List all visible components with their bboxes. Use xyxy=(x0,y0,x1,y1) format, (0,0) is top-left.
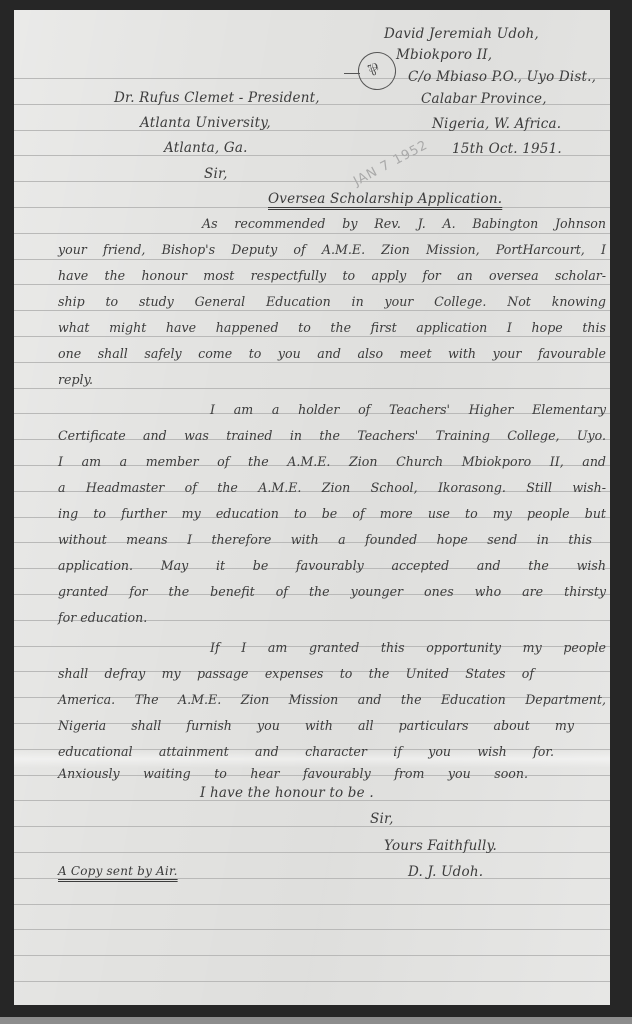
sender-address-line: Nigeria, W. Africa. xyxy=(432,116,561,132)
body-line: Certificate and was trained in the Teach… xyxy=(58,428,606,443)
ruled-line xyxy=(14,336,610,337)
sender-address-line: Mbiokporo II, xyxy=(396,47,492,63)
recipient-line: Atlanta University, xyxy=(140,115,271,131)
ruled-line xyxy=(14,388,610,389)
copy-note: A Copy sent by Air. xyxy=(58,864,178,878)
ruled-line xyxy=(14,181,610,182)
salutation: Sir, xyxy=(204,166,228,182)
body-line: application. May it be favourably accept… xyxy=(58,558,606,573)
marginal-mark-glyph: ⅌ xyxy=(365,57,382,81)
closing-valediction: Yours Faithfully. xyxy=(384,838,497,854)
ruled-line xyxy=(14,207,610,208)
body-line: If I am granted this opportunity my peop… xyxy=(210,640,606,655)
ruled-line xyxy=(14,904,610,905)
body-line: Nigeria shall furnish you with all parti… xyxy=(58,718,574,733)
body-line: for education. xyxy=(58,610,606,625)
body-line: one shall safely come to you and also me… xyxy=(58,346,606,361)
ruled-line xyxy=(14,310,610,311)
body-line: granted for the benefit of the younger o… xyxy=(58,584,606,599)
ruled-line xyxy=(14,826,610,827)
body-line: America. The A.M.E. Zion Mission and the… xyxy=(58,692,606,707)
recipient-line: Atlanta, Ga. xyxy=(164,140,248,156)
ruled-line xyxy=(14,878,610,879)
ruled-line xyxy=(14,284,610,285)
body-line: reply. xyxy=(58,372,606,387)
body-line: Anxiously waiting to hear favourably fro… xyxy=(58,766,528,781)
ruled-line xyxy=(14,259,610,260)
ruled-line xyxy=(14,362,610,363)
body-line: ship to study General Education in your … xyxy=(58,294,606,309)
body-line: ing to further my education to be of mor… xyxy=(58,506,606,521)
body-line: your friend, Bishop's Deputy of A.M.E. Z… xyxy=(58,242,606,257)
signature: D. J. Udoh. xyxy=(408,864,483,880)
letter-date: 15th Oct. 1951. xyxy=(452,141,562,157)
body-line: I am a holder of Teachers' Higher Elemen… xyxy=(210,402,606,417)
body-line: what might have happened to the first ap… xyxy=(58,320,606,335)
closing-salutation: Sir, xyxy=(370,811,394,827)
sender-name: David Jeremiah Udoh, xyxy=(384,26,539,42)
scan-edge xyxy=(0,1017,632,1024)
sender-address-line: C/o Mbiaso P.O., Uyo Dist., xyxy=(408,69,596,85)
circled-initial-mark: ⅌ xyxy=(353,47,402,96)
ruled-line xyxy=(14,929,610,930)
body-line: have the honour most respectfully to app… xyxy=(58,268,606,283)
body-line: educational attainment and character if … xyxy=(58,744,554,759)
ruled-line xyxy=(14,233,610,234)
sender-address-line: Calabar Province, xyxy=(421,91,547,107)
body-line: shall defray my passage expenses to the … xyxy=(58,666,534,681)
ruled-line xyxy=(14,955,610,956)
recipient-line: Dr. Rufus Clemet - President, xyxy=(114,90,320,106)
body-line: I am a member of the A.M.E. Zion Church … xyxy=(58,454,606,469)
letter-subject: Oversea Scholarship Application. xyxy=(268,191,502,207)
ruled-line xyxy=(14,981,610,982)
ruled-line xyxy=(14,852,610,853)
body-line: without means I therefore with a founded… xyxy=(58,532,592,547)
body-line: As recommended by Rev. J. A. Babington J… xyxy=(202,216,606,231)
letter-page: David Jeremiah Udoh, Mbiokporo II, C/o M… xyxy=(14,10,610,1005)
closing-line: I have the honour to be . xyxy=(200,785,374,801)
body-line: a Headmaster of the A.M.E. Zion School, … xyxy=(58,480,606,495)
